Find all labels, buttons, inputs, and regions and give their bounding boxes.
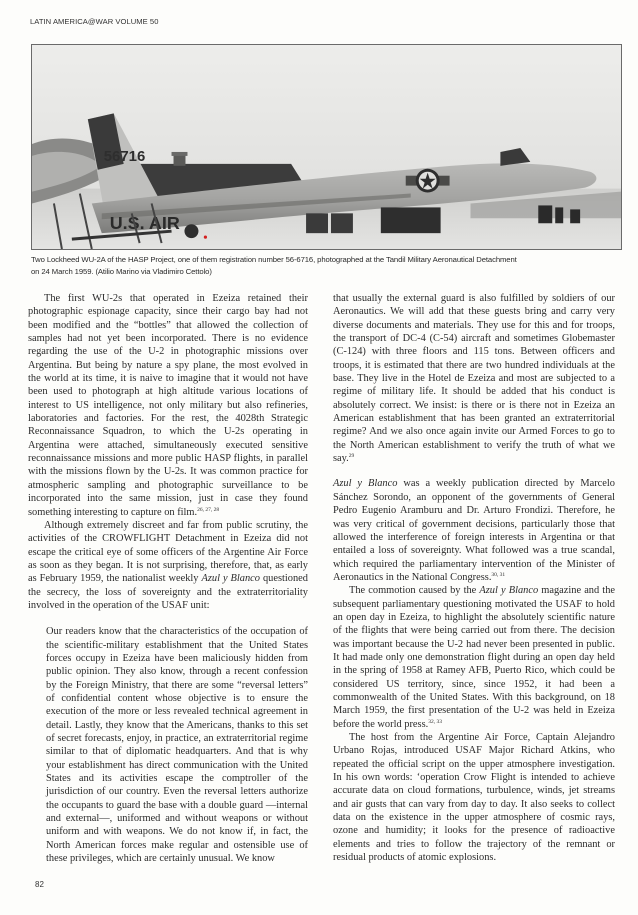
- caption-line-1: Two Lockheed WU-2A of the HASP Project, …: [31, 254, 622, 266]
- publication-title: Azul y Blanco: [479, 585, 538, 596]
- footnote-ref: 26, 27, 28: [197, 507, 219, 513]
- aircraft-photo: 56716 U.S. AIR: [31, 44, 622, 250]
- footnote-ref: 30, 31: [491, 572, 505, 578]
- page-number: 82: [35, 880, 44, 889]
- footnote-ref: 29: [349, 453, 355, 459]
- quote-text: Our readers know that the characteristic…: [46, 625, 308, 865]
- paragraph: The first WU-2s that operated in Ezeiza …: [28, 292, 308, 519]
- left-column: The first WU-2s that operated in Ezeiza …: [28, 292, 308, 865]
- right-column: that usually the external guard is also …: [333, 292, 615, 864]
- block-quote-continued: that usually the external guard is also …: [333, 292, 615, 465]
- publication-title: Azul y Blanco: [333, 478, 397, 489]
- tail-number-text: 56716: [104, 149, 146, 165]
- block-quote: Our readers know that the characteristic…: [28, 625, 308, 865]
- publication-title: Azul y Blanco: [201, 573, 260, 584]
- running-head: LATIN AMERICA@WAR VOLUME 50: [30, 17, 158, 26]
- wu-2a-aircraft-image: 56716 U.S. AIR: [32, 45, 621, 249]
- quote-text: that usually the external guard is also …: [333, 292, 615, 465]
- paragraph: The commotion caused by the Azul y Blanc…: [333, 584, 615, 731]
- paragraph: The host from the Argentine Air Force, C…: [333, 731, 615, 864]
- caption-line-2: on 24 March 1959. (Atilio Marino via Vla…: [31, 266, 622, 278]
- figure-caption: Two Lockheed WU-2A of the HASP Project, …: [31, 254, 622, 279]
- paragraph: Although extremely discreet and far from…: [28, 519, 308, 612]
- paragraph: Azul y Blanco was a weekly publication d…: [333, 477, 615, 584]
- footnote-ref: 32, 33: [428, 719, 442, 725]
